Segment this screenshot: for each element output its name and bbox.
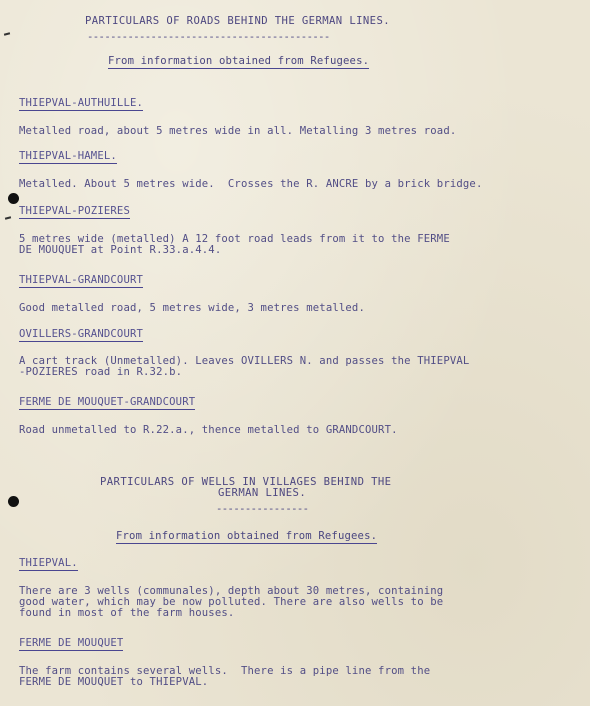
well-desc-ferme-de-mouquet-2: FERME DE MOUQUET to THIEPVAL. [19, 676, 208, 688]
margin-mark [4, 32, 10, 35]
roads-title-rule: ----------------------------------------… [87, 31, 330, 43]
road-heading-thiepval-authuille: THIEPVAL-AUTHUILLE. [19, 97, 143, 111]
road-heading-thiepval-grandcourt: THIEPVAL-GRANDCOURT [19, 274, 143, 288]
road-heading-thiepval-pozieres: THIEPVAL-POZIERES [19, 205, 130, 219]
margin-mark [5, 216, 11, 219]
road-heading-ferme-de-mouquet-grandcourt: FERME DE MOUQUET-GRANDCOURT [19, 396, 195, 410]
wells-title-line2: GERMAN LINES. [218, 487, 306, 499]
well-heading-thiepval: THIEPVAL. [19, 557, 78, 571]
road-heading-ovillers-grandcourt: OVILLERS-GRANDCOURT [19, 328, 143, 342]
punch-hole-top [8, 193, 19, 204]
roads-title: PARTICULARS OF ROADS BEHIND THE GERMAN L… [85, 15, 390, 27]
road-desc-ovillers-grandcourt-2: -POZIERES road in R.32.b. [19, 366, 182, 378]
road-heading-thiepval-hamel: THIEPVAL-HAMEL. [19, 150, 117, 164]
punch-hole-bottom [8, 496, 19, 507]
road-desc-ferme-de-mouquet-grandcourt: Road unmetalled to R.22.a., thence metal… [19, 424, 398, 436]
road-desc-thiepval-hamel: Metalled. About 5 metres wide. Crosses t… [19, 178, 483, 190]
well-desc-thiepval-3: found in most of the farm houses. [19, 607, 234, 619]
wells-title-rule: ---------------- [216, 503, 308, 515]
road-desc-thiepval-authuille: Metalled road, about 5 metres wide in al… [19, 125, 456, 137]
wells-subtitle: From information obtained from Refugees. [116, 530, 377, 544]
road-desc-thiepval-grandcourt: Good metalled road, 5 metres wide, 3 met… [19, 302, 365, 314]
road-desc-thiepval-pozieres-2: DE MOUQUET at Point R.33.a.4.4. [19, 244, 221, 256]
well-heading-ferme-de-mouquet: FERME DE MOUQUET [19, 637, 123, 651]
roads-subtitle: From information obtained from Refugees. [108, 55, 369, 69]
document-page: PARTICULARS OF ROADS BEHIND THE GERMAN L… [0, 0, 590, 706]
